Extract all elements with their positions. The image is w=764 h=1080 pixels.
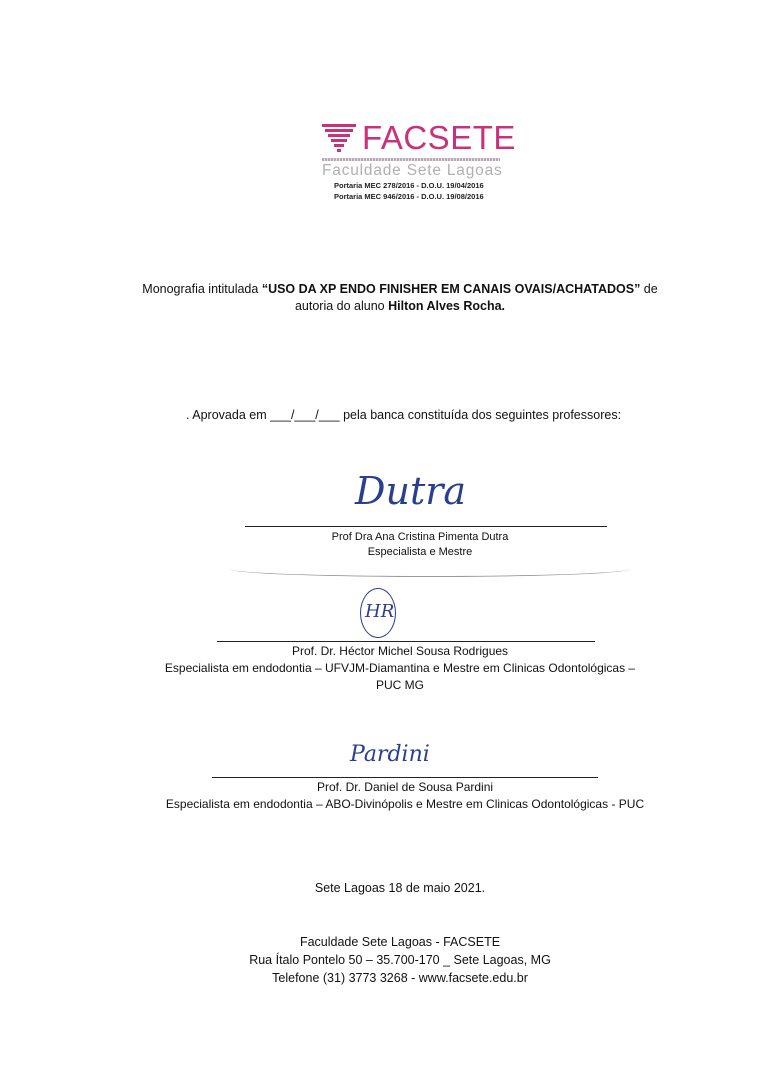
examiner-3-credentials: Especialista em endodontia – ABO-Divinóp…	[100, 796, 710, 813]
paper-fold-line	[230, 566, 630, 577]
signature-line-1	[245, 526, 607, 527]
signature-line-3	[212, 777, 598, 778]
approval-statement: . Aprovada em ___/___/___ pela banca con…	[186, 407, 686, 424]
footer-institution: Faculdade Sete Lagoas - FACSETE	[150, 933, 650, 951]
portaria-line-2: Portaria MEC 946/2016 - D.O.U. 19/08/201…	[334, 192, 484, 201]
place-date: Sete Lagoas 18 de maio 2021.	[200, 880, 600, 897]
examiner-2-credentials-1: Especialista em endodontia – UFVJM-Diama…	[100, 660, 700, 677]
portaria-line-1: Portaria MEC 278/2016 - D.O.U. 19/04/201…	[334, 181, 484, 190]
examiner-2: Prof. Dr. Héctor Michel Sousa Rodrigues …	[100, 643, 700, 694]
logo-subtitle: Faculdade Sete Lagoas	[322, 162, 503, 180]
examiner-1: Prof Dra Ana Cristina Pimenta Dutra Espe…	[270, 530, 570, 560]
examiner-3: Prof. Dr. Daniel de Sousa Pardini Especi…	[100, 779, 710, 813]
footer-address-block: Faculdade Sete Lagoas - FACSETE Rua Ítal…	[150, 933, 650, 987]
footer-contact: Telefone (31) 3773 3268 - www.facsete.ed…	[150, 969, 650, 987]
examiner-2-credentials-2: PUC MG	[100, 677, 700, 694]
approval-date-blank: ___/___/___	[270, 408, 340, 422]
monograph-title: “USO DA XP ENDO FINISHER EM CANAIS OVAIS…	[262, 282, 641, 296]
signature-dutra: Dutra	[355, 468, 466, 514]
examiner-1-credentials: Especialista e Mestre	[270, 545, 570, 560]
signature-pardini: Pardini	[350, 740, 430, 770]
examiner-1-name: Prof Dra Ana Cristina Pimenta Dutra	[270, 530, 570, 545]
facsete-triangle-icon	[322, 124, 356, 154]
examiner-3-name: Prof. Dr. Daniel de Sousa Pardini	[100, 779, 710, 796]
footer-address: Rua Ítalo Pontelo 50 – 35.700-170 _ Sete…	[150, 951, 650, 969]
student-name: Hilton Alves Rocha.	[388, 299, 505, 313]
signature-rodrigues: HR	[360, 588, 396, 638]
logo-divider	[322, 158, 500, 161]
examiner-2-name: Prof. Dr. Héctor Michel Sousa Rodrigues	[100, 643, 700, 660]
monograph-line-1: Monografia intitulada “USO DA XP ENDO FI…	[100, 281, 700, 298]
monograph-line-2: autoria do aluno Hilton Alves Rocha.	[100, 298, 700, 315]
facsete-logo: FACSETE Faculdade Sete Lagoas Portaria M…	[320, 118, 505, 208]
logo-brand: FACSETE	[362, 118, 516, 158]
signature-line-2	[217, 641, 595, 642]
monograph-statement: Monografia intitulada “USO DA XP ENDO FI…	[100, 281, 700, 315]
